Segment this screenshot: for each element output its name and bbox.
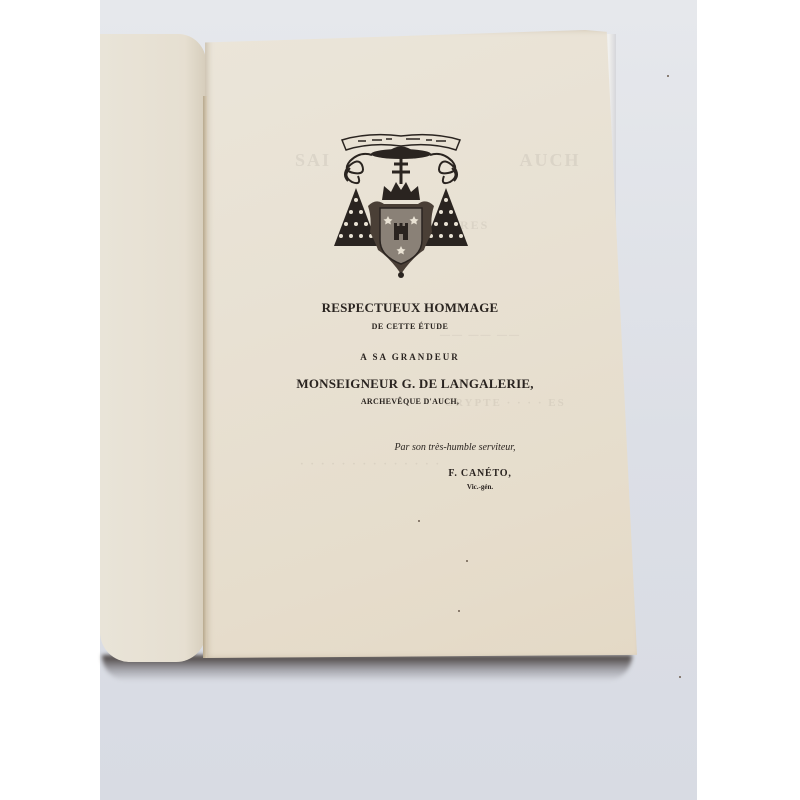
dedication-heading: RESPECTUEUX HOMMAGE <box>260 300 560 316</box>
signature-block: Par son très-humble serviteur, F. CANÉTO… <box>380 442 520 491</box>
signature-closing: Par son très-humble serviteur, <box>390 442 520 453</box>
dedication-recipient-intro: A SA GRANDEUR <box>260 352 560 362</box>
foxing-spot <box>418 520 420 522</box>
dedication-recipient-name: MONSEIGNEUR G. DE LANGALERIE, <box>270 376 560 392</box>
left-page <box>100 34 206 662</box>
page-gutter <box>203 96 207 658</box>
foxing-spot <box>458 610 460 612</box>
coat-of-arms-icon <box>328 128 474 280</box>
foxing-spot <box>679 676 681 678</box>
dedication-subheading: DE CETTE ÉTUDE <box>260 322 560 331</box>
foxing-spot <box>466 560 468 562</box>
signature-name: F. CANÉTO, <box>440 468 520 479</box>
dedication-recipient-title: ARCHEVÊQUE D'AUCH, <box>260 397 560 406</box>
dedication-block: RESPECTUEUX HOMMAGE DE CETTE ÉTUDE A SA … <box>260 300 560 406</box>
signature-title: Vic.-gén. <box>440 483 520 491</box>
foxing-spot <box>667 75 669 77</box>
